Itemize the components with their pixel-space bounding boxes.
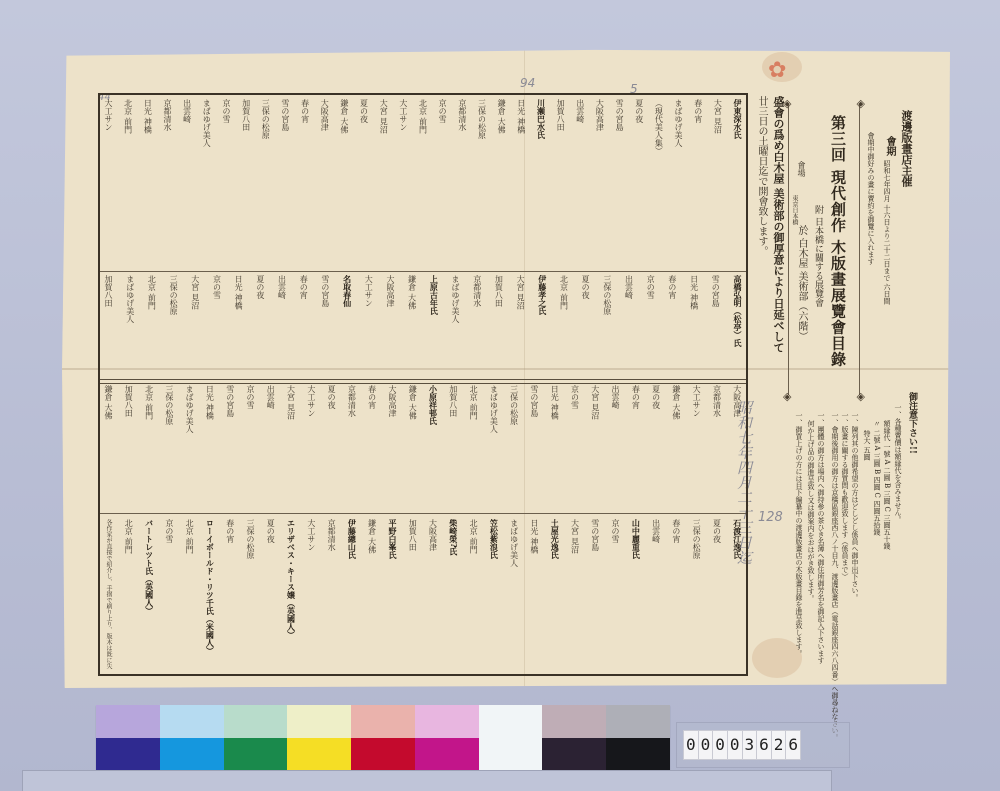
- swatch-light-green: [224, 705, 288, 738]
- notice-item: 一、各種賣價は額縁代を含みません。: [893, 404, 903, 523]
- catalog-entry: 日光 神橋: [517, 99, 526, 269]
- catalog-entry: 夏の夜: [266, 519, 275, 669]
- artist-heading: 上原古年氏: [429, 275, 438, 375]
- red-seal-mark: ✿: [768, 58, 794, 94]
- swatch-column: [96, 705, 160, 771]
- catalog-entry: 出雲崎: [576, 99, 585, 269]
- catalog-entry: 京都清水: [712, 385, 721, 505]
- catalog-entry: 京の雪: [438, 99, 447, 269]
- catalog-entry: 大阪高津: [320, 99, 329, 269]
- catalog-entry: 日光 神橋: [205, 385, 214, 505]
- catalog-entry: 春の宵: [672, 519, 681, 669]
- catalog-entry: まばゆげ美人: [185, 385, 194, 505]
- swatch-grey: [606, 705, 670, 738]
- catalog-entry: 三保の松原: [261, 99, 270, 269]
- swatch-light-red: [351, 705, 415, 738]
- catalog-entry: 大阪高津: [733, 385, 742, 505]
- extension-notice-2: 廿三日の土曜日迄で開會致します。: [754, 96, 769, 256]
- catalog-entry: 大工サン: [692, 385, 701, 505]
- catalog-entry: 加賀八田: [449, 385, 458, 505]
- swatch-yellow: [287, 738, 351, 771]
- catalog-entry: 出雲崎: [652, 519, 661, 669]
- swatch-indigo: [96, 738, 160, 771]
- catalog-entry: 大宮 見沼: [570, 519, 579, 669]
- catalog-entry: 北京 前門: [124, 519, 133, 669]
- notice-item: 一、團體の御方は場内へ御持參の茶ひき名簿へ御住所御芳名を御記入下さいます: [816, 412, 826, 664]
- notice-item: 一、版畫に關する御質問も歡迎致します（係員まで）: [840, 412, 850, 580]
- catalog-entry: 春の宵: [368, 385, 377, 505]
- swatch-column: [479, 705, 543, 771]
- swatch-white: [479, 705, 543, 771]
- extension-notice: 盛會の爲め白木屋 美術部の御厚意により日延べして: [770, 96, 786, 353]
- color-calibration-chart: [96, 705, 670, 771]
- catalog-entry: 加賀八田: [124, 385, 133, 505]
- venue-location: 東京日本橋: [790, 195, 799, 225]
- notice-item: 特大 五圓: [862, 430, 872, 460]
- catalog-entry: 雪の宮島: [615, 99, 624, 269]
- catalog-entry: （現代美人集）: [654, 99, 663, 269]
- catalog-entry: 京の雪: [570, 385, 579, 505]
- catalog-entry: 北京 前門: [559, 275, 568, 375]
- artist-heading: 平野白峯氏: [388, 519, 397, 669]
- catalog-entry: 北京 前門: [185, 519, 194, 669]
- catalog-entry: 夏の夜: [360, 99, 369, 269]
- artist-heading: 土屋光逸氏: [550, 519, 559, 669]
- artist-heading: 柴崎榮?氏: [449, 519, 458, 669]
- archive-id-number: 0 0 0 0 3 6 2 6: [683, 730, 801, 760]
- catalog-entry: 三保の松原: [169, 275, 178, 375]
- catalog-entry: 雪の宮島: [321, 275, 330, 375]
- catalog-entry: 京の雪: [165, 519, 174, 669]
- catalog-entry: 加賀八田: [104, 275, 113, 375]
- catalog-entry: 大宮 見沼: [516, 275, 525, 375]
- artist-heading: 山中麗重氏: [631, 519, 640, 669]
- swatch-column: [351, 705, 415, 771]
- id-digit: 0: [713, 731, 728, 759]
- catalog-band-2: 高橋弘明（松亭）氏 雪の宮島 日光 神橋 春の宵 京の雪 出雲崎 三保の松原 夏…: [100, 275, 746, 375]
- artist-heading: 川瀬巴水氏: [536, 99, 545, 269]
- catalog-entry: 三保の松原: [692, 519, 701, 669]
- notice-item: 額縁代 一號 A 二圓 B 三圓 C 三圓五十錢: [882, 420, 892, 549]
- catalog-entry: 雪の宮島: [281, 99, 290, 269]
- catalog-entry: 春の宵: [631, 385, 640, 505]
- catalog-entry: 鎌倉 大佛: [340, 99, 349, 269]
- catalog-entry: 鎌倉 大佛: [408, 275, 417, 375]
- swatch-column: [224, 705, 288, 771]
- catalog-band-3: 大阪高津 京都清水 大工サン 鎌倉 大佛 夏の夜 春の宵 出雲崎 大宮 見沼 京…: [100, 385, 746, 505]
- period-note: 會期中御好みの畫に賣約を御覽に入れます: [866, 132, 876, 265]
- catalog-entry: まばゆげ美人: [451, 275, 460, 375]
- catalog-entry: 大阪高津: [386, 275, 395, 375]
- catalog-entry: 大宮 見沼: [591, 385, 600, 505]
- catalog-entry: 夏の夜: [327, 385, 336, 505]
- catalog-entry: 加賀八田: [494, 275, 503, 375]
- artist-heading: 名取春仙: [343, 275, 352, 375]
- catalog-entry: 北京 前門: [469, 385, 478, 505]
- notice-item: 〃 二號 A 三圓 B 四圓 C 四圓五拾錢: [872, 420, 882, 535]
- catalog-entry: 大宮 見沼: [713, 99, 722, 269]
- catalog-entry: 京都清水: [347, 385, 356, 505]
- catalog-entry: 大工サン: [307, 519, 316, 669]
- catalog-entry: 京都清水: [163, 99, 172, 269]
- swatch-black: [606, 738, 670, 771]
- notice-heading: 御注意下さい!!: [906, 392, 919, 454]
- catalog-entry: 京都清水: [473, 275, 482, 375]
- notice-item: 一、會期後御用の御方は京橋區銀座西八ノ十目九、渡邊版畫店（電話銀座四六八四番）へ…: [830, 412, 840, 741]
- artist-heading: 笠松紫浪氏: [489, 519, 498, 669]
- artist-heading: ローイボールド・リツ千氏（米國人）: [205, 519, 214, 669]
- catalog-entry: 日光 神橋: [690, 275, 699, 375]
- catalog-entry: 大阪高津: [388, 385, 397, 505]
- artist-heading: 石渡江逸氏: [733, 519, 742, 669]
- swatch-mauve-grey: [542, 705, 606, 738]
- catalog-entry: 夏の夜: [635, 99, 644, 269]
- catalog-entry: 三保の松原: [477, 99, 486, 269]
- catalog-entry: まばゆげ美人: [126, 275, 135, 375]
- artist-heading: 高橋弘明（松亭）氏: [733, 275, 742, 375]
- catalog-entry: 雪の宮島: [530, 385, 539, 505]
- catalog-entry: 夏の夜: [256, 275, 265, 375]
- catalog-entry: 出雲崎: [625, 275, 634, 375]
- catalog-entry: 大工サン: [104, 99, 113, 269]
- catalog-table: 伊東深水氏 大宮 見沼 春の宵 まばゆげ美人 （現代美人集） 夏の夜 雪の宮島 …: [98, 93, 748, 676]
- catalog-subtitle: 附 日本橋に關する展覽會: [812, 205, 825, 307]
- swatch-light-blue: [160, 705, 224, 738]
- catalog-entry: 雪の宮島: [711, 275, 720, 375]
- catalog-entry: 雪の宮島: [226, 385, 235, 505]
- catalog-entry: 日光 神橋: [234, 275, 243, 375]
- catalog-entry: 大工サン: [364, 275, 373, 375]
- swatch-green: [224, 738, 288, 771]
- title-panel: ◈ ◈ ◈ ◈ 第三回 現代創作 木版畫展覽會目錄 附 日本橋に關する展覽會 東…: [788, 105, 860, 395]
- catalog-entry: 三保の松原: [510, 385, 519, 505]
- catalog-entry: 鎌倉 大佛: [497, 99, 506, 269]
- catalog-entry: 鎌倉 大佛: [408, 385, 417, 505]
- catalog-entry: まばゆげ美人: [674, 99, 683, 269]
- catalog-entry: 春の宵: [668, 275, 677, 375]
- catalog-entry: 雪の宮島: [591, 519, 600, 669]
- id-digit: 3: [743, 731, 758, 759]
- id-digit: 0: [684, 731, 699, 759]
- catalog-entry: 日光 神橋: [530, 519, 539, 669]
- catalog-entry: 京の雪: [611, 519, 620, 669]
- artist-heading: 伊藤孝之氏: [538, 275, 547, 375]
- catalog-entry: 京の雪: [646, 275, 655, 375]
- catalog-entry: 夏の夜: [712, 519, 721, 669]
- notice-item: 一、陳列其の他御希望の方はどしどし係員へ御申出下さい。: [850, 412, 860, 601]
- catalog-entry: 日光 神橋: [143, 99, 152, 269]
- artist-heading: バートレツト氏（英國人）: [145, 519, 154, 669]
- catalog-entry: 大工サン: [399, 99, 408, 269]
- catalog-entry: 鎌倉 大佛: [104, 385, 113, 505]
- catalog-entry: 鎌倉 大佛: [672, 385, 681, 505]
- catalog-entry: まばゆげ美人: [202, 99, 211, 269]
- notice-item: 何か上げ品の御進呈致し又は御案内をおはがき致します。: [806, 420, 816, 602]
- catalog-entry: 春の宵: [694, 99, 703, 269]
- pencil-number: 128: [758, 510, 783, 525]
- catalog-entry: 出雲崎: [611, 385, 620, 505]
- ornament-icon: ◈: [783, 390, 791, 403]
- swatch-red: [351, 738, 415, 771]
- catalog-entry: 日光 神橋: [550, 385, 559, 505]
- artist-heading: 小原祥邨氏: [429, 385, 438, 505]
- catalog-entry: 大工サン: [307, 385, 316, 505]
- row-divider: [100, 513, 746, 514]
- period-label: 會期: [882, 136, 897, 156]
- catalog-entry: 京の雪: [212, 275, 221, 375]
- venue-label: 會場: [796, 161, 807, 177]
- id-digit: 0: [728, 731, 743, 759]
- notice-item: 一、御買上げの方には目下編纂中の渡邊版畫店の木版畫目錄を進呈致します。: [794, 412, 804, 657]
- ornament-icon: ◈: [857, 390, 865, 403]
- catalog-entry: 加賀八田: [556, 99, 565, 269]
- swatch-column: [287, 705, 351, 771]
- catalog-entry: 京都清水: [327, 519, 336, 669]
- ornament-icon: ◈: [857, 97, 865, 110]
- catalog-entry: 京の雪: [246, 385, 255, 505]
- swatch-column: [415, 705, 479, 771]
- catalog-entry: 大宮 見沼: [287, 385, 296, 505]
- catalog-entry: 三保の松原: [165, 385, 174, 505]
- swatch-column: [606, 705, 670, 771]
- catalog-entry: 京都清水: [458, 99, 467, 269]
- footer-note: 各作家が直接で紹介し、手摺で刷り上り、版木は既に失はれ、再版出来ざるものを多く含…: [104, 519, 113, 669]
- catalog-entry: 北京 前門: [419, 99, 428, 269]
- catalog-entry: 大阪高津: [429, 519, 438, 669]
- swatch-lavender: [96, 705, 160, 738]
- mounting-board: [22, 770, 832, 791]
- catalog-entry: 大阪高津: [595, 99, 604, 269]
- catalog-entry: まばゆげ美人: [510, 519, 519, 669]
- catalog-entry: 北京 前門: [145, 385, 154, 505]
- fold-divider: [100, 379, 746, 384]
- catalog-entry: 北京 前門: [124, 99, 133, 269]
- catalog-entry: 春の宵: [226, 519, 235, 669]
- artist-heading: 伊東深水氏: [733, 99, 742, 269]
- catalog-entry: 夏の夜: [581, 275, 590, 375]
- id-digit: 6: [786, 731, 800, 759]
- row-divider: [100, 271, 746, 272]
- catalog-entry: 京の雪: [222, 99, 231, 269]
- swatch-column: [160, 705, 224, 771]
- id-digit: 6: [757, 731, 772, 759]
- swatch-magenta: [415, 738, 479, 771]
- catalog-entry: まばゆげ美人: [489, 385, 498, 505]
- swatch-light-yellow: [287, 705, 351, 738]
- catalog-title: 第三回 現代創作 木版畫展覽會目錄: [828, 115, 849, 367]
- catalog-entry: 北京 前門: [469, 519, 478, 669]
- period-value: 昭和七年四月 十六日より二十二日まで 六日間: [882, 160, 892, 304]
- catalog-entry: 加賀八田: [408, 519, 417, 669]
- catalog-entry: 出雲崎: [266, 385, 275, 505]
- artist-heading: 伊藤總山氏: [347, 519, 356, 669]
- catalog-entry: 加賀八田: [242, 99, 251, 269]
- swatch-cyan: [160, 738, 224, 771]
- catalog-entry: 大宮 見沼: [379, 99, 388, 269]
- swatch-light-magenta: [415, 705, 479, 738]
- artist-heading: エリザベス・キース嬢（英國人）: [287, 519, 296, 669]
- swatch-column: [542, 705, 606, 771]
- catalog-band-4: 石渡江逸氏 夏の夜 三保の松原 春の宵 出雲崎 山中麗重氏 京の雪 雪の宮島 大…: [100, 519, 746, 669]
- catalog-entry: 出雲崎: [183, 99, 192, 269]
- catalog-entry: 三保の松原: [246, 519, 255, 669]
- pencil-note-top: 94: [520, 76, 535, 90]
- catalog-entry: 春の宵: [301, 99, 310, 269]
- swatch-dark-plum: [542, 738, 606, 771]
- sponsor: 渡邊版畫店主催: [898, 110, 914, 187]
- catalog-entry: 三保の松原: [603, 275, 612, 375]
- catalog-entry: 鎌倉 大佛: [368, 519, 377, 669]
- catalog-entry: 大宮 見沼: [191, 275, 200, 375]
- catalog-band-1: 伊東深水氏 大宮 見沼 春の宵 まばゆげ美人 （現代美人集） 夏の夜 雪の宮島 …: [100, 99, 746, 269]
- catalog-entry: 出雲崎: [278, 275, 287, 375]
- catalog-entry: 夏の夜: [652, 385, 661, 505]
- catalog-entry: 北京 前門: [147, 275, 156, 375]
- id-digit: 2: [772, 731, 787, 759]
- catalog-entry: 春の宵: [299, 275, 308, 375]
- id-digit: 0: [699, 731, 714, 759]
- venue-name: 於 白木屋 美術部（六階）: [794, 225, 809, 341]
